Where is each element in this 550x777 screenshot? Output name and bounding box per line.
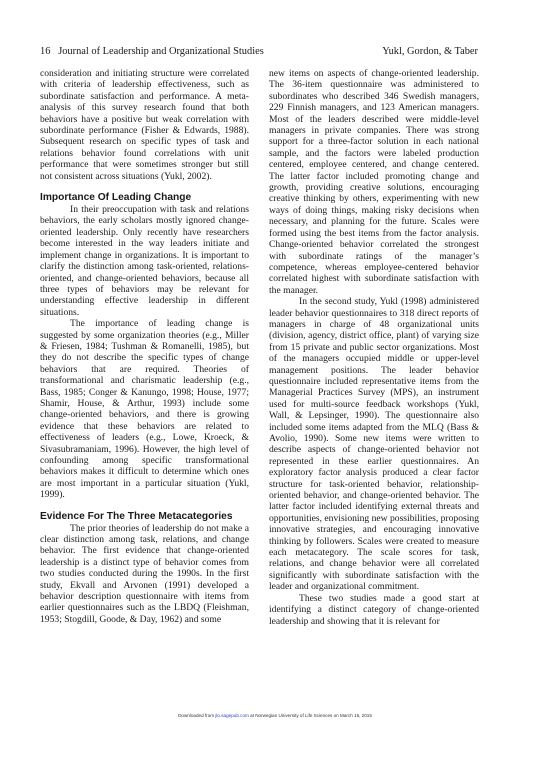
paragraph: In the second study, Yukl (1998) adminis…: [269, 296, 479, 593]
section-heading-importance-of-leading-change: Importance Of Leading Change: [40, 192, 249, 204]
left-column: consideration and initiating structure w…: [40, 68, 249, 625]
footer-link[interactable]: jlo.sagepub.com: [215, 713, 248, 718]
running-header: 16 Journal of Leadership and Organizatio…: [40, 46, 478, 60]
right-column: new items on aspects of change-oriented …: [269, 68, 479, 627]
download-footer: Downloaded from jlo.sagepub.com at Norwe…: [0, 713, 550, 718]
paragraph: new items on aspects of change-oriented …: [269, 68, 479, 296]
header-left: 16 Journal of Leadership and Organizatio…: [40, 46, 264, 57]
footer-prefix: Downloaded from: [178, 713, 215, 718]
page-number: 16: [40, 46, 50, 57]
journal-title: Journal of Leadership and Organizational…: [58, 46, 264, 57]
paragraph: The prior theories of leadership do not …: [40, 523, 249, 626]
paragraph: consideration and initiating structure w…: [40, 68, 249, 182]
header-authors: Yukl, Gordon, & Taber: [382, 46, 478, 57]
paragraph: The importance of leading change is sugg…: [40, 318, 249, 501]
paragraph: These two studies made a good start at i…: [269, 593, 479, 627]
paragraph: In their preoccupation with task and rel…: [40, 204, 249, 318]
section-heading-evidence-metacategories: Evidence For The Three Metacategories: [40, 511, 249, 523]
footer-suffix: at Norwegian University of Life Sciences…: [249, 713, 372, 718]
